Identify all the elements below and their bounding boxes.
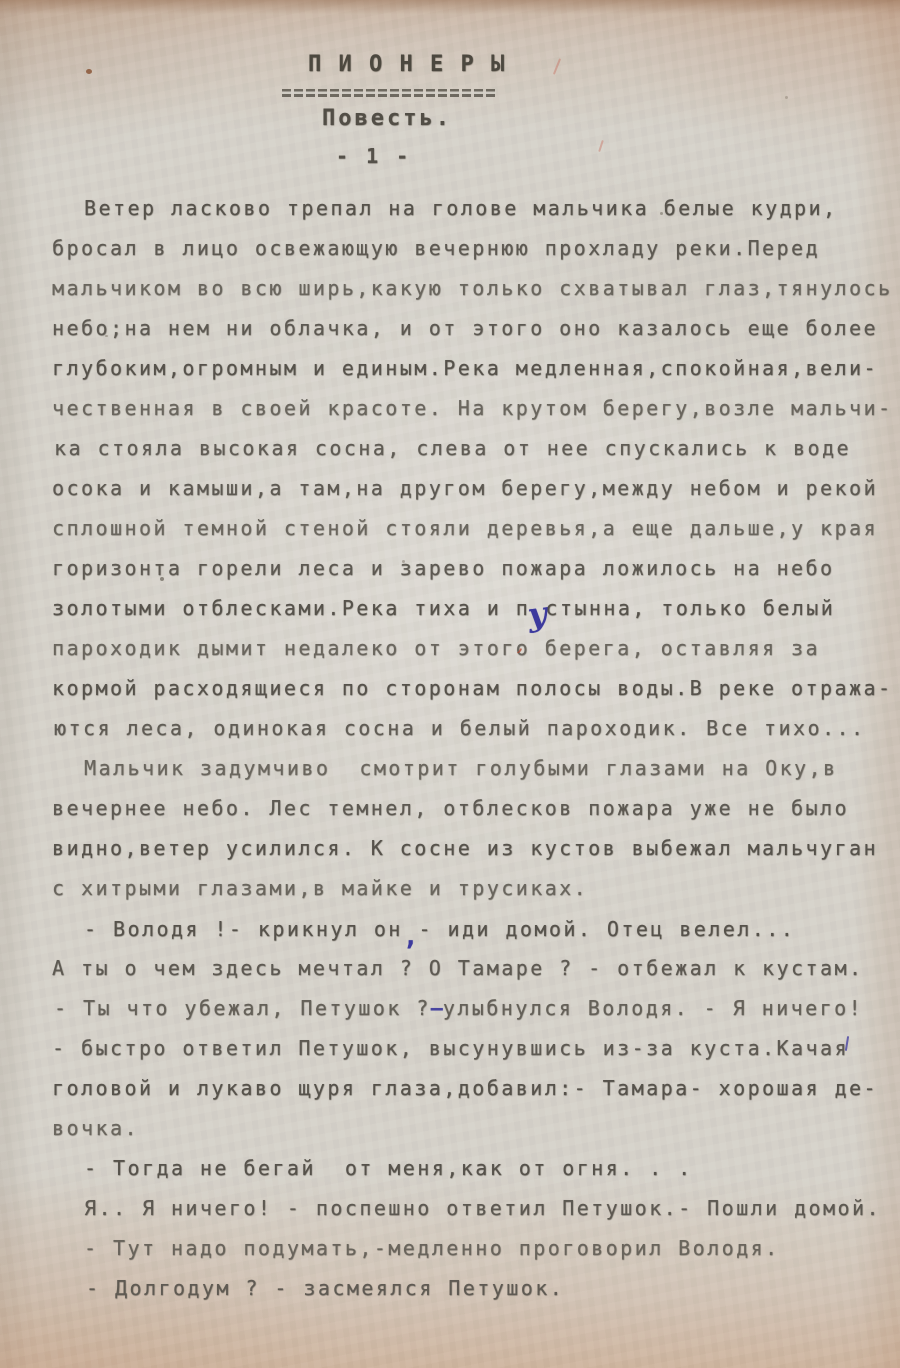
typed-segment: глубоким,огромным и единым.Река медленна… [52,356,878,380]
typed-line: Я.. Я ничего! - поспешно ответил Петушок… [52,1188,900,1228]
typed-line: сплошной темной стеной стояли деревья,а … [52,508,900,548]
typed-line: Ветер ласково трепал на голове мальчика … [52,188,900,228]
typed-segment: с хитрыми глазами,в майке и трусиках. [52,876,588,900]
typed-line: ются леса, одинокая сосна и белый парохо… [54,708,900,748]
typed-segment: мальчиком во всю ширь,какую только схват… [52,276,892,300]
typed-line: кормой расходящиеся по сторонам полосы в… [52,668,900,708]
typed-segment: - Долгодум ? - засмеялся Петушок. [86,1276,564,1300]
typed-segment: А ты о чем здесь мечтал ? О Тамаре ? - о… [52,956,864,980]
typed-line: вочка. [52,1108,900,1148]
typed-segment: вечернее небо. Лес темнел, отблесков пож… [52,796,849,820]
typed-segment: головой и лукаво щуря глаза,добавил:- Та… [52,1076,878,1100]
typed-line: - Долгодум ? - засмеялся Петушок. [54,1268,900,1308]
typed-line: головой и лукаво щуря глаза,добавил:- Та… [52,1068,900,1108]
typed-segment: - Тут надо подумать,-медленно проговорил… [84,1236,780,1260]
typed-line: бросал в лицо освежающую вечернюю прохла… [52,228,900,268]
typed-segment: улыбнулся Володя. - Я ничего! [443,996,863,1020]
typed-line: чественная в своей красоте. На крутом бе… [52,388,900,428]
typed-segment: - быстро ответил Петушок, высунувшись из… [52,1036,849,1060]
typed-line: - Володя !- крикнул он,- иди домой. Отец… [52,908,900,948]
typed-segment: Ветер ласково трепал на голове мальчика … [84,196,838,220]
handwritten-u: у [528,613,547,615]
paper-speck [785,96,788,99]
typed-segment: сплошной темной стеной стояли деревья,а … [52,516,878,540]
typed-segment: Мальчик задумчиво смотрит голубыми глаза… [84,756,838,780]
typed-segment: ются леса, одинокая сосна и белый парохо… [54,716,866,740]
page-number: - 1 - [336,144,411,168]
typed-line: Мальчик задумчиво смотрит голубыми глаза… [52,748,900,788]
typed-segment: пароходик дымит недалеко от этого берега… [52,636,820,660]
typed-line: мальчиком во всю ширь,какую только схват… [52,268,900,308]
typed-line: - быстро ответил Петушок, высунувшись из… [52,1028,900,1068]
typed-segment: ка стояла высокая сосна, слева от нее сп… [54,436,851,460]
typed-segment: небо;на нем ни облачка, и от этого оно к… [52,316,878,340]
typed-segment: - Володя !- крикнул он [84,917,403,941]
typed-line: глубоким,огромным и единым.Река медленна… [52,348,900,388]
typed-segment: горизонта горели леса и зарево пожара ло… [52,556,835,580]
typed-text: Ветер ласково трепал на голове мальчика … [52,188,900,1308]
typed-line: ка стояла высокая сосна, слева от нее сп… [54,428,900,468]
typed-line: вечернее небо. Лес темнел, отблесков пож… [52,788,900,828]
typed-line: - Тогда не бегай от меня,как от огня. . … [52,1148,900,1188]
scanned-page: { "document": { "title": "П И О Н Е Р Ы"… [0,0,900,1368]
typed-segment: вочка. [52,1116,139,1140]
typed-segment: Я.. Я ничего! - поспешно ответил Петушок… [84,1196,881,1220]
typed-segment: кормой расходящиеся по сторонам полосы в… [52,676,892,700]
handwritten-dash: — [431,996,443,1020]
typed-line: - Ты что убежал, Петушок ?—улыбнулся Вол… [54,988,900,1028]
typed-line: с хитрыми глазами,в майке и трусиках. [52,868,900,908]
typed-segment: чественная в своей красоте. На крутом бе… [52,396,892,420]
document-subtitle: Повесть. [322,106,452,131]
typed-line: небо;на нем ни облачка, и от этого оно к… [52,308,900,348]
typed-line: горизонта горели леса и зарево пожара ло… [52,548,900,588]
typed-line: осока и камыши,а там,на другом берегу,ме… [52,468,900,508]
typed-line: - Тут надо подумать,-медленно проговорил… [52,1228,900,1268]
typed-segment: золотыми отблесками.Река тиха и п [52,596,530,620]
typed-line: видно,ветер усилился. К сосне из кустов … [52,828,900,868]
typed-segment: - Ты что убежал, Петушок ? [54,996,431,1020]
paper-speck [86,69,92,74]
typed-segment: стынна, только белый [545,596,835,620]
page-top-edge-shadow [0,0,900,14]
typed-line: А ты о чем здесь мечтал ? О Тамаре ? - о… [52,948,900,988]
title-underline [282,89,496,97]
typed-line: пароходик дымит недалеко от этого берега… [52,628,900,668]
typed-segment: видно,ветер усилился. К сосне из кустов … [52,836,878,860]
typed-segment: осока и камыши,а там,на другом берегу,ме… [52,476,878,500]
typed-segment: - Тогда не бегай от меня,как от огня. . … [84,1156,693,1180]
typed-line: золотыми отблесками.Река тиха и пустынна… [52,588,900,628]
typed-segment: - иди домой. Отец велел... [418,917,795,941]
document-title: П И О Н Е Р Ы [308,52,506,77]
typed-segment: бросал в лицо освежающую вечернюю прохла… [52,236,820,260]
